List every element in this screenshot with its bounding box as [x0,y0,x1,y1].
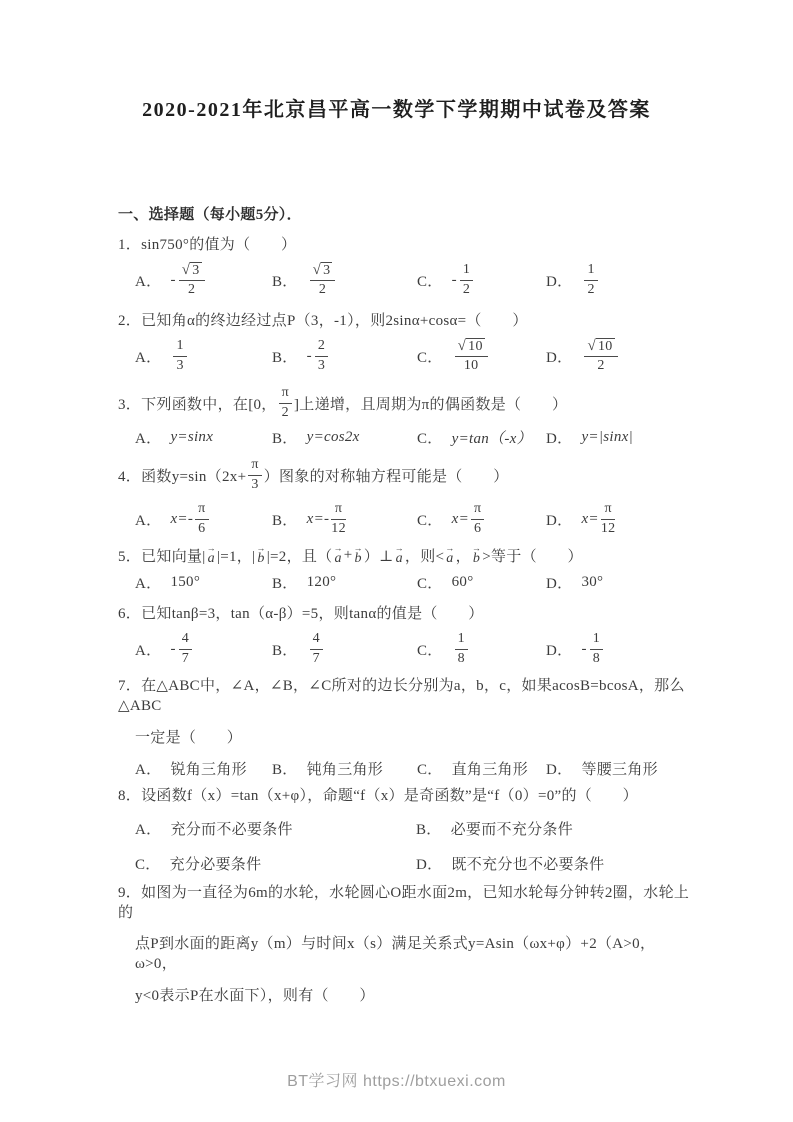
question-9-stem-line2: 点P到水面的距离y（m）与时间x（s）满足关系式y=Asin（ωx+φ）+2（A… [118,934,696,974]
question-8-options-row2: C．充分必要条件 D．既不充分也不必要条件 [135,853,696,873]
fraction-numerator: √10 [584,338,617,357]
option-label: A． [135,346,161,367]
option-5c: C．60° [417,572,546,593]
question-6: 6．已知tanβ=3，tan（α-β）=5，则tanα的值是（ ） A． - 4… [118,604,696,672]
exam-content: 一、选择题（每小题5分）． 1．sin750°的值为（ ） A． - √3 2 … [118,205,696,1006]
question-4-options: A． x=- π6 B． x=- π12 C． x= π6 D． x= π12 [135,498,696,540]
fraction-numerator: √10 [455,338,488,357]
option-label: A． [135,427,161,448]
sqrt-icon: √ [587,338,596,354]
radicand: 10 [466,338,485,354]
fraction-numerator: 1 [590,631,603,649]
option-3a: A．y=sinx [135,427,272,448]
question-2: 2．已知角α的终边经过点P（3，-1），则2sinα+cosα=（ ） A． 1… [118,311,696,379]
option-label: A． [135,270,161,291]
fraction: 18 [455,631,468,666]
fraction-numerator: 1 [584,262,597,280]
vector-a: →a [333,544,342,566]
option-8a: A．充分而不必要条件 [135,818,416,839]
sqrt-icon: √ [458,338,467,354]
option-text: 锐角三角形 [170,758,247,779]
minus-sign: - [452,272,457,289]
question-5: 5．已知向量| →a |=1，| →b |=2，且（ →a + →b ）⊥ →a… [118,542,696,592]
option-prefix: x= [452,511,469,528]
question-1-stem: 1．sin750°的值为（ ） [118,235,696,255]
option-text: 等腰三角形 [581,758,658,779]
option-3d: D．y=|sinx| [546,427,696,448]
question-4: 4．函数y=sin（2x+ π 3 ）图象的对称轴方程可能是（ ） A． x=-… [118,452,696,540]
fraction-numerator: π [195,501,208,519]
fraction-denominator: 7 [310,650,323,667]
option-8b: B．必要而不充分条件 [416,818,696,839]
fraction-denominator: 12 [331,520,346,537]
question-5-stem: 5．已知向量| →a |=1，| →b |=2，且（ →a + →b ）⊥ →a… [118,542,696,568]
option-label: D． [546,509,572,530]
option-5b: B．120° [272,572,417,593]
vector-a: →a [207,544,216,566]
vector-letter: b [355,552,362,566]
option-text: 充分而不必要条件 [170,818,292,839]
option-4b: B． x=- π12 [272,501,417,536]
option-4d: D． x= π12 [546,501,696,536]
fraction-denominator: 2 [584,357,617,374]
vector-letter: a [334,552,341,566]
option-label: B． [272,758,298,779]
option-label: B． [272,509,298,530]
option-label: A． [135,758,161,779]
fraction: √10 10 [455,338,488,374]
fraction-denominator: 6 [195,520,208,537]
option-8c: C．充分必要条件 [135,853,416,874]
fraction-denominator: 10 [455,357,488,374]
option-label: C． [135,853,161,874]
option-label: B． [272,639,298,660]
option-5a: A．150° [135,572,272,593]
vector-letter: a [208,552,215,566]
question-9-stem-line3: y<0表示P在水面下），则有（ ） [118,986,696,1006]
fraction-numerator: 4 [179,631,192,649]
option-3b: B．y=cos2x [272,427,417,448]
option-label: C． [417,346,443,367]
radicand: 3 [321,262,332,278]
option-1d: D． 1 2 [546,262,696,297]
option-label: C． [417,758,443,779]
radicand: 10 [596,338,615,354]
stem-text: 4．函数y=sin（2x+ [118,465,246,486]
fraction: π 2 [279,385,292,420]
site-watermark: BT学习网 https://btxuexi.com [0,1068,793,1091]
option-text: 钝角三角形 [307,758,384,779]
option-label: A． [135,639,161,660]
sqrt-expression: √10 [458,339,485,354]
section-heading: 一、选择题（每小题5分）． [118,205,696,225]
sqrt-expression: √3 [182,263,202,278]
fraction-denominator: 2 [584,281,597,298]
option-label: B． [416,818,442,839]
fraction: π6 [471,501,484,536]
option-label: C． [417,427,443,448]
vector-letter: b [473,552,480,566]
fraction-denominator: 2 [179,281,205,298]
question-9: 9．如图为一直径为6m的水轮，水轮圆心O距水面2m，已知水轮每分钟转2圈，水轮上… [118,883,696,1006]
question-8-options-row1: A．充分而不必要条件 B．必要而不充分条件 [135,818,696,838]
question-9-stem-line1: 9．如图为一直径为6m的水轮，水轮圆心O距水面2m，已知水轮每分钟转2圈，水轮上… [118,883,696,923]
option-6d: D． - 18 [546,631,696,666]
sqrt-icon: √ [182,262,191,278]
fraction-denominator: 3 [248,476,261,493]
fraction-denominator: 8 [455,650,468,667]
option-7c: C．直角三角形 [417,758,546,779]
fraction-numerator: π [331,501,346,519]
fraction: √3 2 [310,262,336,298]
fraction-numerator: √3 [179,262,205,281]
option-label: A． [135,818,161,839]
page-title: 2020-2021年北京昌平高一数学下学期期中试卷及答案 [0,0,793,124]
fraction: 1 2 [460,262,473,297]
minus-sign: - [307,348,312,365]
option-label: A． [135,572,161,593]
option-label: C． [417,270,443,291]
fraction-denominator: 2 [460,281,473,298]
fraction: 2 3 [315,338,328,373]
fraction-numerator: 2 [315,338,328,356]
option-label: C． [417,509,443,530]
fraction-numerator: π [279,385,292,403]
fraction: 47 [179,631,192,666]
stem-text: ）图象的对称轴方程可能是（ ） [264,465,509,486]
vector-letter: b [257,552,264,566]
radicand: 3 [190,262,201,278]
fraction-numerator: 4 [310,631,323,649]
fraction-numerator: π [471,501,484,519]
fraction: 1 3 [173,338,186,373]
option-1b: B． √3 2 [272,262,417,298]
option-text: 既不充分也不必要条件 [451,853,604,874]
option-prefix: x=- [170,511,193,528]
option-6c: C． 18 [417,631,546,666]
option-label: D． [546,346,572,367]
option-label: D． [546,270,572,291]
question-3-options: A．y=sinx B．y=cos2x C．y=tan（-x） D．y=|sinx… [135,427,696,447]
question-3-stem: 3．下列函数中，在[0， π 2 ]上递增，且周期为π的偶函数是（ ） [118,381,696,425]
stem-text: ，则< [405,545,444,566]
fraction-denominator: 12 [601,520,616,537]
option-2d: D． √10 2 [546,338,696,374]
fraction-denominator: 8 [590,650,603,667]
option-text: 充分必要条件 [170,853,262,874]
minus-sign: - [170,272,175,289]
option-1a: A． - √3 2 [135,262,272,298]
option-label: C． [417,572,443,593]
option-label: B． [272,346,298,367]
stem-text: >等于（ ） [482,545,583,566]
stem-text: |=1，| [217,545,255,566]
option-prefix: x= [581,511,598,528]
vector-b: →b [354,544,363,566]
stem-text: 3．下列函数中，在[0， [118,393,277,414]
option-text: y=cos2x [307,429,360,446]
fraction: 47 [310,631,323,666]
fraction-denominator: 7 [179,650,192,667]
option-label: D． [546,572,572,593]
sqrt-icon: √ [313,262,322,278]
stem-text: ]上递增，且周期为π的偶函数是（ ） [294,393,567,414]
vector-b: →b [472,544,481,566]
fraction-numerator: 1 [173,338,186,356]
option-6b: B． 47 [272,631,417,666]
option-label: B． [272,270,298,291]
option-7a: A．锐角三角形 [135,758,272,779]
option-text: 60° [452,574,474,591]
sqrt-expression: √10 [587,339,614,354]
option-label: B． [272,572,298,593]
question-5-options: A．150° B．120° C．60° D．30° [135,572,696,592]
option-4c: C． x= π6 [417,501,546,536]
option-7b: B．钝角三角形 [272,758,417,779]
fraction-denominator: 6 [471,520,484,537]
minus-sign: - [581,641,586,658]
question-3: 3．下列函数中，在[0， π 2 ]上递增，且周期为π的偶函数是（ ） A．y=… [118,381,696,447]
option-3c: C．y=tan（-x） [417,427,546,448]
fraction: π12 [331,501,346,536]
option-text: 30° [581,574,603,591]
option-text: y=|sinx| [581,429,633,446]
stem-text: |=2，且（ [267,545,333,566]
option-text: 150° [170,574,200,591]
question-7: 7．在△ABC中，∠A，∠B，∠C所对的边长分别为a，b，c，如果acosB=b… [118,676,696,778]
plus-sign: + [344,547,353,564]
question-7-options: A．锐角三角形 B．钝角三角形 C．直角三角形 D．等腰三角形 [135,758,696,778]
option-5d: D．30° [546,572,696,593]
question-2-options: A． 1 3 B． - 2 3 C． √10 10 [135,333,696,379]
stem-text: ， [456,545,471,566]
option-prefix: x=- [307,511,330,528]
minus-sign: - [170,641,175,658]
option-label: A． [135,509,161,530]
option-label: B． [272,427,298,448]
option-text: y=sinx [170,429,213,446]
fraction-numerator: π [601,501,616,519]
question-7-stem-line1: 7．在△ABC中，∠A，∠B，∠C所对的边长分别为a，b，c，如果acosB=b… [118,676,696,716]
sqrt-expression: √3 [313,263,333,278]
question-8: 8．设函数f（x）=tan（x+φ），命题“f（x）是奇函数”是“f（0）=0”… [118,786,696,873]
option-text: 120° [307,574,337,591]
option-label: C． [417,639,443,660]
option-label: D． [546,427,572,448]
option-text: 直角三角形 [452,758,529,779]
option-text: y=tan（-x） [452,427,532,448]
question-6-options: A． - 47 B． 47 C． 18 D． - 18 [135,626,696,672]
question-1: 1．sin750°的值为（ ） A． - √3 2 B． √3 2 C． [118,235,696,303]
option-2b: B． - 2 3 [272,338,417,373]
option-1c: C． - 1 2 [417,262,546,297]
fraction-numerator: √3 [310,262,336,281]
option-2a: A． 1 3 [135,338,272,373]
option-2c: C． √10 10 [417,338,546,374]
fraction: √10 2 [584,338,617,374]
fraction-numerator: 1 [455,631,468,649]
vector-a: →a [445,544,454,566]
fraction: π6 [195,501,208,536]
stem-text: 5．已知向量| [118,545,206,566]
vector-letter: a [396,552,403,566]
option-8d: D．既不充分也不必要条件 [416,853,696,874]
fraction: 18 [590,631,603,666]
fraction-numerator: 1 [460,262,473,280]
fraction: π12 [601,501,616,536]
question-8-stem: 8．设函数f（x）=tan（x+φ），命题“f（x）是奇函数”是“f（0）=0”… [118,786,696,806]
question-4-stem: 4．函数y=sin（2x+ π 3 ）图象的对称轴方程可能是（ ） [118,452,696,498]
fraction: π 3 [248,457,261,492]
vector-a: →a [395,544,404,566]
option-6a: A． - 47 [135,631,272,666]
stem-text: ）⊥ [364,545,394,566]
fraction: 1 2 [584,262,597,297]
question-7-stem-line2: 一定是（ ） [118,728,696,748]
fraction-denominator: 3 [173,357,186,374]
option-label: D． [546,639,572,660]
option-label: D． [416,853,442,874]
fraction-denominator: 2 [310,281,336,298]
option-text: 必要而不充分条件 [451,818,573,839]
vector-b: →b [256,544,265,566]
fraction-numerator: π [248,457,261,475]
fraction: √3 2 [179,262,205,298]
question-1-options: A． - √3 2 B． √3 2 C． - 1 2 [135,257,696,303]
option-7d: D．等腰三角形 [546,758,696,779]
option-label: D． [546,758,572,779]
option-4a: A． x=- π6 [135,501,272,536]
fraction-denominator: 2 [279,404,292,421]
question-2-stem: 2．已知角α的终边经过点P（3，-1），则2sinα+cosα=（ ） [118,311,696,331]
vector-letter: a [446,552,453,566]
question-6-stem: 6．已知tanβ=3，tan（α-β）=5，则tanα的值是（ ） [118,604,696,624]
fraction-denominator: 3 [315,357,328,374]
